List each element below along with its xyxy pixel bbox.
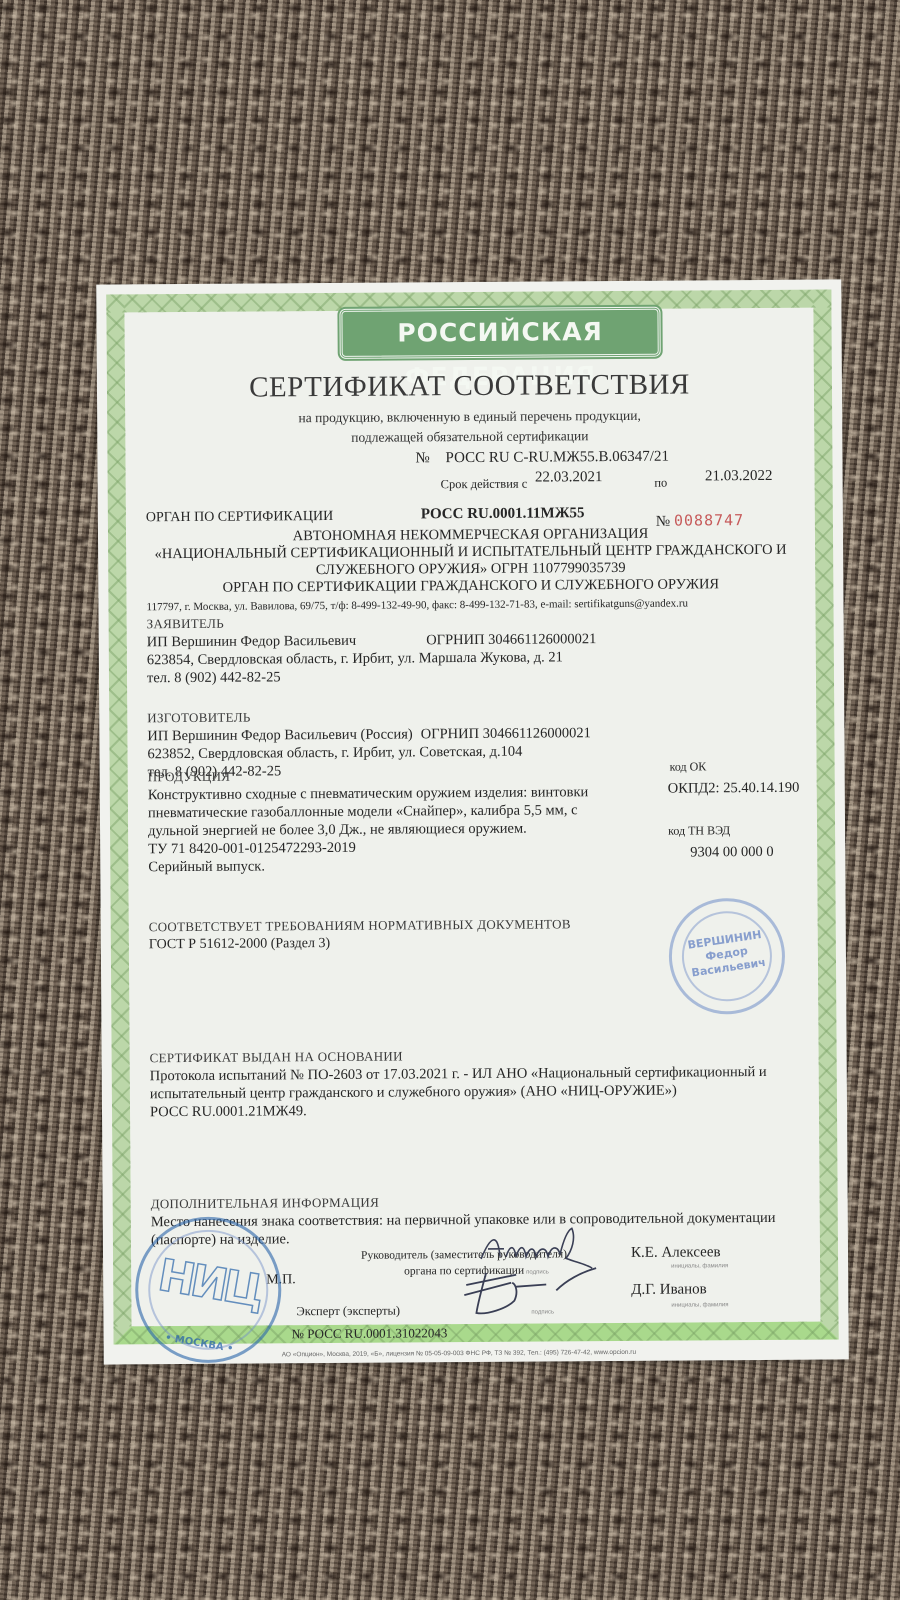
product-series: Серийный выпуск. — [148, 855, 678, 877]
conformity-heading: СООТВЕТСТВУЕТ ТРЕБОВАНИЯМ НОРМАТИВНЫХ ДО… — [149, 915, 571, 936]
validity-period: Срок действия с 22.03.2021 по 21.03.2022 — [441, 474, 773, 493]
certificate-sheet: РОССИЙСКАЯ ФЕДЕРАЦИЯ СЕРТИФИКАТ СООТВЕТС… — [96, 279, 849, 1364]
validity-to-label: по — [654, 476, 667, 490]
nic-logo: НИЦ — [136, 1247, 283, 1321]
applicant-section: ЗАЯВИТЕЛЬ ИП Вершинин Федор Васильевич О… — [147, 611, 747, 687]
applicant-phone: тел. 8 (902) 442-82-25 — [147, 665, 747, 687]
stamp-surname: ВЕРШИНИН — [669, 925, 780, 955]
manufacturer-ogrnip: ОГРНИП 304661126000021 — [421, 724, 591, 743]
ok-code-label: код ОК — [670, 759, 828, 775]
initials-caption-1: инициалы, фамилия — [671, 1263, 728, 1269]
expert-label: Эксперт (эксперты) — [296, 1304, 400, 1320]
certification-body-address: 117797, г. Москва, ул. Вавилова, 69/75, … — [146, 597, 688, 613]
expert-name: Д.Г. Иванов — [631, 1281, 707, 1299]
ok-code-value: ОКПД2: 25.40.14.190 — [668, 780, 828, 798]
stamp-city: • МОСКВА • — [129, 1326, 269, 1360]
subtitle-line-2: подлежащей обязательной сертификации — [125, 425, 814, 450]
conformity-standard: ГОСТ Р 51612-2000 (Раздел 3) — [149, 933, 571, 954]
expert-signature-icon — [456, 1264, 616, 1325]
initials-caption-2: инициалы, фамилия — [671, 1302, 728, 1308]
head-signatory-name: К.Е. Алексеев — [631, 1244, 721, 1262]
country-banner: РОССИЙСКАЯ ФЕДЕРАЦИЯ — [339, 307, 660, 359]
printer-imprint: АО «Опцион», Москва, 2019, «Б», лицензия… — [282, 1349, 636, 1358]
conformity-section: СООТВЕТСТВУЕТ ТРЕБОВАНИЯМ НОРМАТИВНЫХ ДО… — [149, 915, 571, 954]
certification-body-label: ОРГАН ПО СЕРТИФИКАЦИИ — [146, 509, 333, 526]
applicant-name: ИП Вершинин Федор Васильевич — [147, 632, 357, 651]
valid-from: 22.03.2021 — [535, 469, 603, 485]
tnved-value: 9304 00 000 0 — [690, 844, 828, 862]
guilloche-frame: РОССИЙСКАЯ ФЕДЕРАЦИЯ СЕРТИФИКАТ СООТВЕТС… — [106, 289, 838, 1344]
expert-number: № РОСС RU.0001.31022043 — [292, 1325, 448, 1342]
certificate-subtitle: на продукцию, включенную в единый перече… — [125, 405, 814, 450]
stamp-first-name: Федор — [671, 939, 782, 969]
certificate-number: № РОСС RU C-RU.МЖ55.В.06347/21 — [415, 449, 669, 468]
validity-label: Срок действия с — [441, 477, 528, 492]
signature-caption-2: подпись — [531, 1309, 554, 1315]
number-sign: № — [415, 450, 429, 466]
org-line-4: ОРГАН ПО СЕРТИФИКАЦИИ ГРАЖДАНСКОГО И СЛУ… — [136, 576, 805, 598]
basis-line-3: РОСС RU.0001.21МЖ49. — [150, 1098, 850, 1121]
certification-body-details: АВТОНОМНАЯ НЕКОММЕРЧЕСКАЯ ОРГАНИЗАЦИЯ «Н… — [136, 525, 805, 598]
basis-section: СЕРТИФИКАТ ВЫДАН НА ОСНОВАНИИ Протокола … — [150, 1044, 850, 1121]
manufacturer-name: ИП Вершинин Федор Васильевич (Россия) — [147, 725, 412, 745]
stamp-patronymic: Васильевич — [673, 953, 784, 983]
certificate-title: СЕРТИФИКАТ СООТВЕТСТВИЯ — [125, 368, 814, 406]
certification-body-code: РОСС RU.0001.11МЖ55 — [421, 505, 585, 523]
certificate-number-value: РОСС RU C-RU.МЖ55.В.06347/21 — [445, 449, 669, 467]
applicant-ogrnip: ОГРНИП 304661126000021 — [426, 630, 596, 649]
applicant-stamp: ВЕРШИНИН Федор Васильевич — [661, 890, 793, 1022]
tnved-label: код ТН ВЭД — [668, 823, 828, 839]
product-section: ПРОДУКЦИЯ Конструктивно сходные с пневма… — [148, 765, 679, 877]
valid-to: 21.03.2022 — [705, 468, 773, 484]
product-codes: код ОК ОКПД2: 25.40.14.190 код ТН ВЭД 93… — [668, 759, 829, 862]
